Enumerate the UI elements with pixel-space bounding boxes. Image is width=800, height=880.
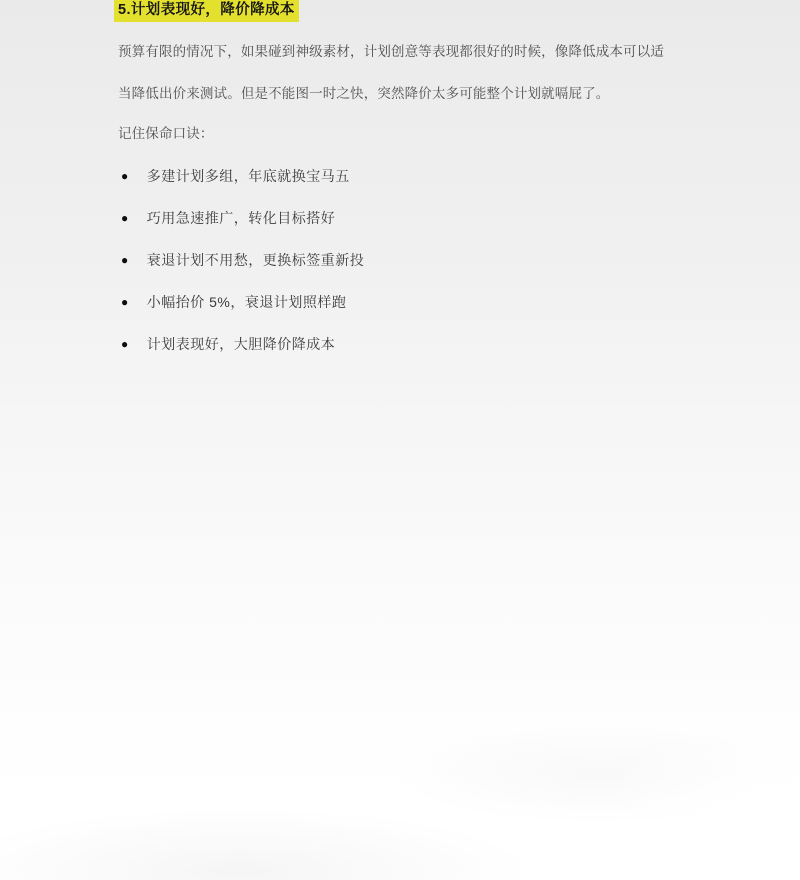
list-item: ● 计划表现好，大胆降价降成本 (114, 323, 364, 365)
list-item: ● 衰退计划不用愁，更换标签重新投 (114, 239, 364, 281)
intro-paragraph: 预算有限的情况下，如果碰到神级素材，计划创意等表现都很好的时候，像降低成本可以适… (118, 31, 664, 115)
section-heading: 5.计划表现好，降价降成本 (114, 0, 299, 22)
bullet-marker-icon: ● (121, 337, 129, 351)
list-item-text: 巧用急速推广，转化目标搭好 (147, 208, 336, 228)
bullet-marker-icon: ● (121, 253, 129, 267)
list-item: ● 巧用急速推广，转化目标搭好 (114, 197, 364, 239)
section-heading-highlight: 5.计划表现好，降价降成本 (114, 0, 299, 22)
intro-paragraph-line-1: 预算有限的情况下，如果碰到神级素材，计划创意等表现都很好的时候，像降低成本可以适 (118, 31, 664, 73)
mantra-intro-label: 记住保命口诀： (118, 124, 214, 144)
list-item: ● 多建计划多组，年底就换宝马五 (114, 155, 364, 197)
mantra-bullet-list: ● 多建计划多组，年底就换宝马五 ● 巧用急速推广，转化目标搭好 ● 衰退计划不… (114, 155, 364, 365)
intro-paragraph-line-2: 当降低出价来测试。但是不能图一时之快，突然降价太多可能整个计划就嗝屁了。 (118, 73, 664, 115)
bullet-marker-icon: ● (121, 211, 129, 225)
list-item: ● 小幅抬价 5%，衰退计划照样跑 (114, 281, 364, 323)
list-item-text: 多建计划多组，年底就换宝马五 (147, 166, 350, 186)
list-item-text: 衰退计划不用愁，更换标签重新投 (147, 250, 365, 270)
list-item-text: 计划表现好，大胆降价降成本 (147, 334, 336, 354)
list-item-text: 小幅抬价 5%，衰退计划照样跑 (147, 292, 347, 312)
bullet-marker-icon: ● (121, 169, 129, 183)
bullet-marker-icon: ● (121, 295, 129, 309)
